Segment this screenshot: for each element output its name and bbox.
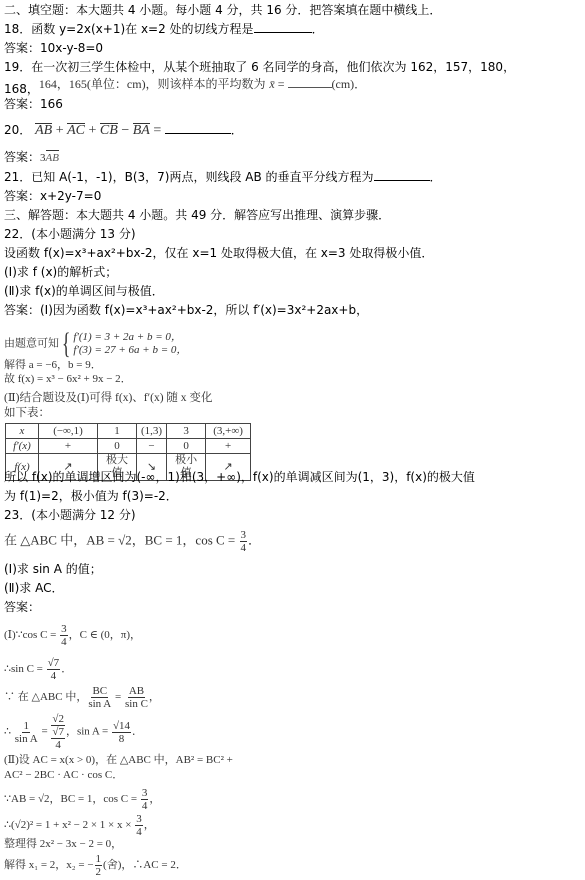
q19-eq: = — [275, 77, 288, 91]
q21-text: 21．已知 A(-1，-1)，B(3，7)两点，则线段 AB 的垂直平分线方程为 — [4, 170, 374, 184]
vector-cb: CB — [100, 123, 118, 139]
step-text: = — [39, 726, 51, 738]
frac-den: 4 — [142, 800, 148, 812]
q22-stem: 设函数 f(x)=x³+ax²+bx-2，仅在 x=1 处取得极大值，在 x=3… — [4, 245, 433, 261]
table-cell: x — [6, 424, 39, 439]
step-text: ， — [149, 793, 160, 805]
frac-num: √7 — [47, 657, 61, 670]
step-text: ∵AB = √2，BC = 1，cos C = — [4, 793, 140, 805]
q23-part2-step4: 解得 x₁ = 2，x₂ = −12(舍)，∴AC = 2． — [4, 853, 187, 878]
vector-ba: BA — [133, 123, 150, 139]
system-eq1: f′(1) = 3 + 2a + b = 0， — [73, 331, 187, 344]
q23-answer-label: 答案： — [4, 599, 40, 615]
q21-answer: 答案：x+2y-7=0 — [4, 188, 101, 204]
frac-den: sin A — [15, 733, 38, 745]
q23-part2-step1: ∵AB = √2，BC = 1，cos C = 34， — [4, 787, 160, 812]
table-cell: 1 — [98, 424, 137, 439]
q20-answer-blank — [165, 122, 231, 134]
q23-part2: (Ⅱ)求 AC． — [4, 580, 63, 596]
q19-question-line2: 168，164，165(单位：cm)，则该样本的平均数为 x̄ = (cm)． — [4, 76, 366, 92]
table-cell: + — [39, 439, 98, 454]
q23-step2: ∴sin C = √74． — [4, 657, 72, 682]
frac-den: 4 — [55, 739, 61, 751]
step-text: ． — [61, 663, 72, 675]
q22-summary-line1: 所以 f(x)的单调增区间为(-∞，1)和(3，+∞)，f(x)的单调减区间为(… — [4, 469, 475, 485]
frac-num: 3 — [60, 623, 68, 636]
q23-part1: (Ⅰ)求 sin A 的值； — [4, 561, 102, 577]
frac-num: 1 — [22, 720, 30, 733]
q22-part2: (Ⅱ)求 f(x)的单调区间与极值． — [4, 283, 164, 299]
frac-den: sin C — [125, 698, 148, 710]
step-text: (舍)，∴AC = 2． — [103, 859, 187, 871]
step-text: ，C ∈ (0，π)， — [69, 629, 141, 641]
frac-den: 2 — [96, 866, 102, 878]
table-cell: (1,3) — [137, 424, 167, 439]
q19-question-line1: 19．在一次初三学生体检中，从某个班抽取了 6 名同学的身高，他们依次为 162… — [4, 59, 515, 75]
q23-part2-line1: (Ⅱ)设 AC = x(x > 0)，在 △ABC 中，AB² = BC² + — [4, 752, 233, 768]
q23-step3: ∵ 在 △ABC 中，BCsin A = ABsin C， — [4, 685, 160, 710]
step-text: ， — [149, 691, 160, 703]
answer-label: 答案： — [4, 150, 40, 164]
section-3-header: 三、解答题：本大题共 4 小题。共 49 分．解答应写出推理、演算步骤． — [4, 207, 390, 223]
step-text: (Ⅰ)∵cos C = — [4, 629, 59, 641]
q22-summary-line2: 为 f(1)=2，极小值为 f(3)=-2． — [4, 488, 178, 504]
q20-question: 20． AB + AC + CB − BA = ． — [4, 122, 243, 139]
q23-stem: 在 △ABC 中，AB = √2，BC = 1，cos C = 34． — [4, 529, 261, 554]
frac-num: √7 — [51, 726, 65, 739]
table-row: f′(x) + 0 − 0 + — [6, 439, 251, 454]
q22-conclusion: 故 f(x) = x³ − 6x² + 9x − 2． — [4, 371, 132, 387]
q18-question: 18．函数 y=2x(x+1)在 x=2 处的切线方程是． — [4, 21, 324, 37]
frac-num: AB — [128, 685, 145, 698]
q23-part2-line2: AC² − 2BC · AC · cos C． — [4, 767, 123, 783]
step-text: ∴sin C = — [4, 663, 46, 675]
step-text: ，sin A = — [66, 726, 111, 738]
table-cell: 3 — [167, 424, 206, 439]
q19-text-a: 168， — [4, 82, 39, 96]
q21-tail: ． — [430, 170, 442, 184]
q23-stem-tail: ． — [248, 532, 261, 547]
q18-answer: 答案：10x-y-8=0 — [4, 40, 103, 56]
system-eq2: f′(3) = 27 + 6a + b = 0， — [73, 344, 187, 357]
table-cell: (3,+∞) — [206, 424, 251, 439]
step-text: ． — [132, 726, 143, 738]
q19-answer-blank — [288, 76, 332, 88]
table-cell: 0 — [167, 439, 206, 454]
q18-tail: ． — [312, 22, 324, 36]
q19-unit: (cm)． — [332, 77, 367, 91]
q22-part2-intro: (Ⅱ)结合题设及(Ⅰ)可得 f(x)、f′(x) 随 x 变化 — [4, 390, 212, 406]
step-text: 解得 x₁ = 2，x₂ = − — [4, 859, 94, 871]
system-label: 由题意可知 — [4, 338, 59, 350]
brace-icon: { — [62, 330, 71, 358]
q23-stem-text: 在 △ABC 中，AB = √2，BC = 1，cos C = — [4, 532, 239, 547]
q23-step4: ∴ 1sin A = √2√74，sin A = √148． — [4, 713, 143, 751]
answer-vector-ab: AB — [46, 150, 59, 166]
q23-step1: (Ⅰ)∵cos C = 34，C ∈ (0，π)， — [4, 623, 141, 648]
table-row: x (−∞,1) 1 (1,3) 3 (3,+∞) — [6, 424, 251, 439]
vector-ac: AC — [67, 123, 85, 139]
table-cell: 0 — [98, 439, 137, 454]
frac-den: 4 — [61, 636, 67, 648]
frac-den: sin A — [88, 698, 111, 710]
q19-text-b: 164，165(单位：cm)，则该样本的平均数为 — [39, 77, 266, 91]
frac-num: 1 — [95, 853, 103, 866]
op-equals: = — [153, 123, 161, 138]
frac-num: 3 — [135, 813, 143, 826]
q20-tail: ． — [231, 123, 243, 137]
op-plus: + — [56, 123, 64, 138]
q22-table-intro: 如下表： — [4, 405, 50, 421]
op-minus: − — [121, 123, 129, 138]
table-cell: f′(x) — [6, 439, 39, 454]
q18-answer-blank — [254, 21, 312, 33]
q21-question: 21．已知 A(-1，-1)，B(3，7)两点，则线段 AB 的垂直平分线方程为… — [4, 169, 442, 185]
q22-part1: (Ⅰ)求 f (x)的解析式； — [4, 264, 117, 280]
q22-title: 22．(本小题满分 13 分) — [4, 226, 136, 242]
q22-system: 由题意可知{f′(1) = 3 + 2a + b = 0，f′(3) = 27 … — [4, 330, 187, 358]
q20-answer: 答案：3AB — [4, 149, 59, 166]
section-2-header: 二、填空题：本大题共 4 小题。每小题 4 分，共 16 分．把答案填在题中横线… — [4, 2, 441, 18]
q23-title: 23．(本小题满分 12 分) — [4, 507, 136, 523]
frac-num: BC — [91, 685, 108, 698]
op-plus: + — [89, 123, 97, 138]
frac-num: 3 — [240, 529, 248, 542]
table-cell: − — [137, 439, 167, 454]
frac-num: 3 — [141, 787, 149, 800]
step-text: ∴(√2)² = 1 + x² − 2 × 1 × x × — [4, 819, 134, 831]
step-text: ∴ — [4, 726, 14, 738]
q22-answer-intro: 答案：(Ⅰ)因为函数 f(x)=x³+ax²+bx-2，所以 f′(x)=3x²… — [4, 302, 368, 318]
table-cell: + — [206, 439, 251, 454]
q21-answer-blank — [374, 169, 430, 181]
frac-den: 4 — [241, 542, 247, 554]
q19-answer: 答案：166 — [4, 96, 63, 112]
frac-num: √14 — [112, 720, 131, 733]
q23-part2-step2: ∴(√2)² = 1 + x² − 2 × 1 × x × 34， — [4, 813, 155, 838]
q23-part2-step3: 整理得 2x² − 3x − 2 = 0， — [4, 836, 122, 852]
step-text: ， — [144, 819, 155, 831]
vector-ab: AB — [35, 123, 52, 139]
q20-number: 20． — [4, 123, 31, 137]
frac-den: 4 — [51, 670, 57, 682]
frac-den: 8 — [119, 733, 125, 745]
q18-text: 18．函数 y=2x(x+1)在 x=2 处的切线方程是 — [4, 22, 254, 36]
step-text: = — [112, 691, 124, 703]
table-cell: (−∞,1) — [39, 424, 98, 439]
frac-num: √2 — [51, 713, 65, 726]
step-text: ∵ 在 △ABC 中， — [4, 691, 87, 703]
frac-den: 4 — [136, 826, 142, 838]
